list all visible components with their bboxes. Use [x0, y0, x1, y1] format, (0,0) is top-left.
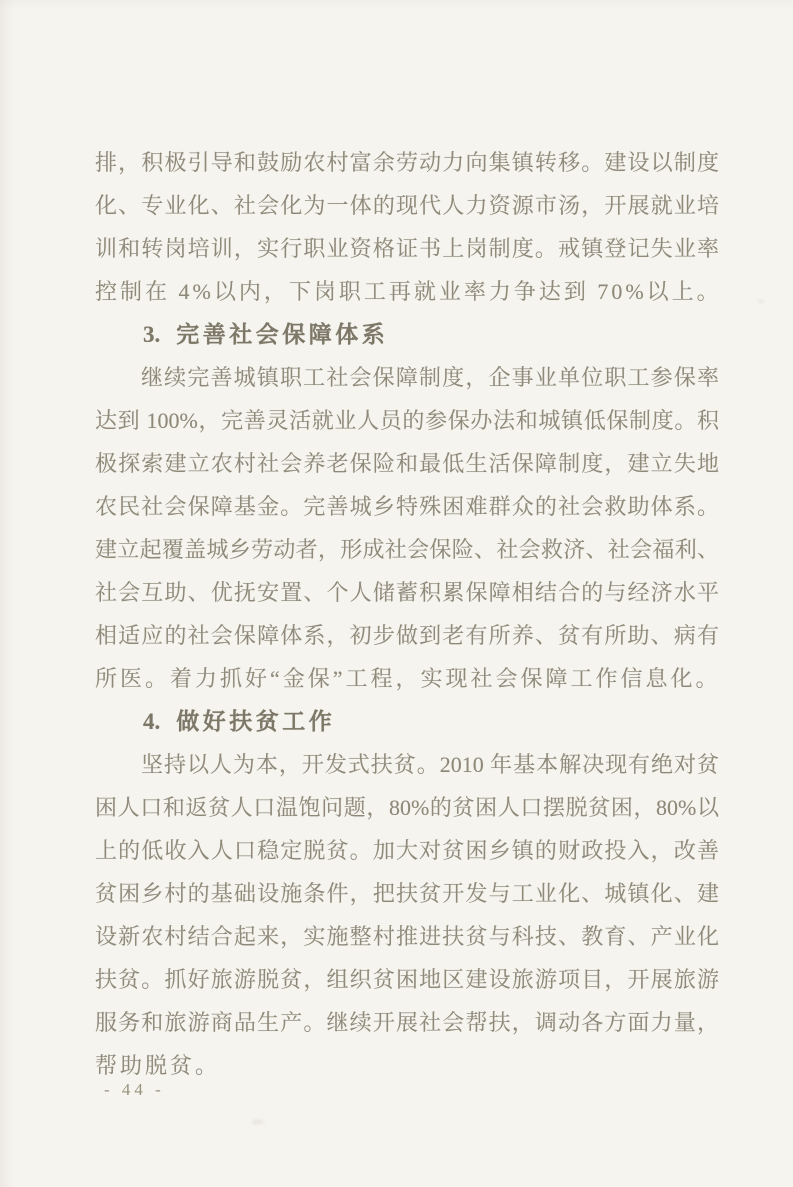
text-line: 排，积极引导和鼓励农村富余劳动力向集镇转移。建设以制度 — [95, 141, 719, 184]
text-line: 建立起覆盖城乡劳动者，形成社会保险、社会救济、社会福利、 — [95, 528, 719, 571]
section-heading-3: 3.完善社会保障体系 — [95, 313, 719, 356]
text-line: 扶贫。抓好旅游脱贫，组织贫困地区建设旅游项目，开展旅游 — [95, 958, 719, 1001]
scan-smudge — [252, 1120, 264, 1124]
paragraph-continued: 排，积极引导和鼓励农村富余劳动力向集镇转移。建设以制度 化、专业化、社会化为一体… — [95, 141, 719, 313]
text-line: 训和转岗培训，实行职业资格证书上岗制度。戒镇登记失业率 — [95, 227, 719, 270]
section-title: 做好扶贫工作 — [176, 709, 335, 734]
section-number: 3. — [143, 322, 160, 347]
page-number: - 44 - — [104, 1080, 165, 1100]
section-heading-4: 4.做好扶贫工作 — [95, 700, 719, 743]
scanned-document-page: 排，积极引导和鼓励农村富余劳动力向集镇转移。建设以制度 化、专业化、社会化为一体… — [0, 0, 793, 1187]
text-line: 达到 100%，完善灵活就业人员的参保办法和城镇低保制度。积 — [95, 399, 719, 442]
text-line: 贫困乡村的基础设施条件，把扶贫开发与工业化、城镇化、建 — [95, 872, 719, 915]
text-line: 极探索建立农村社会养老保险和最低生活保障制度，建立失地 — [95, 442, 719, 485]
document-body: 排，积极引导和鼓励农村富余劳动力向集镇转移。建设以制度 化、专业化、社会化为一体… — [95, 141, 719, 1087]
text-line: 帮助脱贫。 — [95, 1044, 719, 1087]
paragraph-poverty-alleviation: 坚持以人为本，开发式扶贫。2010 年基本解决现有绝对贫 困人口和返贫人口温饱问… — [95, 743, 719, 1087]
text-line: 农民社会保障基金。完善城乡特殊困难群众的社会救助体系。 — [95, 485, 719, 528]
text-line: 服务和旅游商品生产。继续开展社会帮扶，调动各方面力量， — [95, 1001, 719, 1044]
text-line: 所医。着力抓好“金保”工程，实现社会保障工作信息化。 — [95, 657, 719, 700]
text-line: 上的低收入人口稳定脱贫。加大对贫困乡镇的财政投入，改善 — [95, 829, 719, 872]
text-line: 社会互助、优抚安置、个人储蓄积累保障相结合的与经济水平 — [95, 571, 719, 614]
text-line: 设新农村结合起来，实施整村推进扶贫与科技、教育、产业化 — [95, 915, 719, 958]
text-line: 控制在 4%以内，下岗职工再就业率力争达到 70%以上。 — [95, 270, 719, 313]
scan-smudge — [758, 300, 764, 303]
text-line: 化、专业化、社会化为一体的现代人力资源市汤，开展就业培 — [95, 184, 719, 227]
section-number: 4. — [143, 709, 160, 734]
text-line: 相适应的社会保障体系，初步做到老有所养、贫有所助、病有 — [95, 614, 719, 657]
text-line: 困人口和返贫人口温饱问题，80%的贫困人口摆脱贫困，80%以 — [95, 786, 719, 829]
section-title: 完善社会保障体系 — [176, 322, 388, 347]
text-line: 坚持以人为本，开发式扶贫。2010 年基本解决现有绝对贫 — [95, 743, 719, 786]
paragraph-social-security: 继续完善城镇职工社会保障制度，企事业单位职工参保率 达到 100%，完善灵活就业… — [95, 356, 719, 700]
text-line: 继续完善城镇职工社会保障制度，企事业单位职工参保率 — [95, 356, 719, 399]
